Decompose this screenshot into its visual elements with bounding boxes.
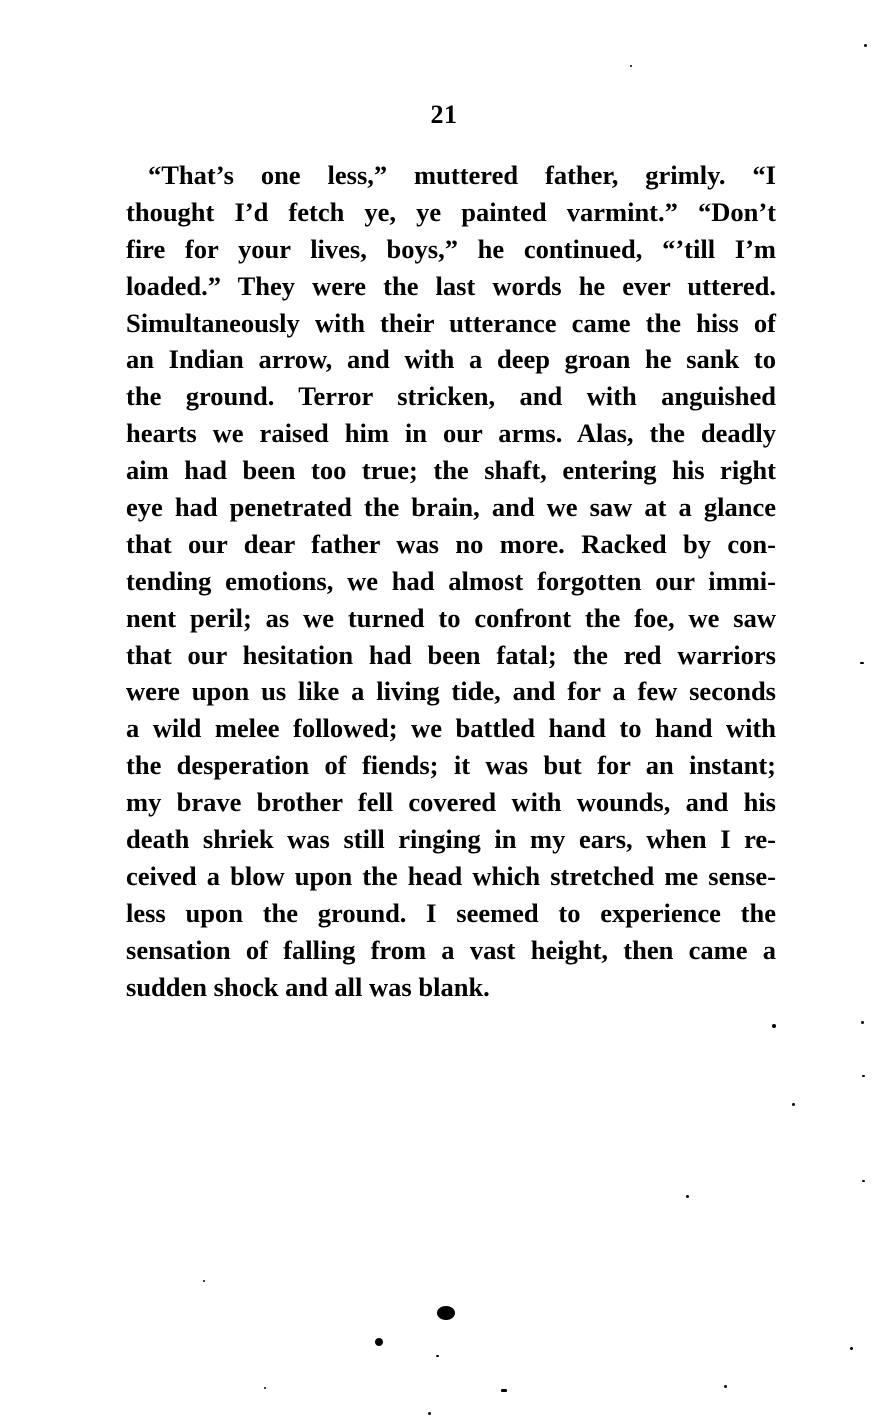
text-line: loaded.” They were the last words he eve…: [126, 268, 776, 305]
scan-speck: [436, 1355, 439, 1357]
text-line: eye had penetrated the brain, and we saw…: [126, 489, 776, 526]
text-line: sudden shock and all was blank.: [126, 969, 776, 1006]
scan-speck: [437, 1306, 455, 1320]
scan-speck: [203, 1280, 205, 1282]
scan-speck: [792, 1103, 795, 1106]
text-line: thought I’d fetch ye, ye painted varmint…: [126, 194, 776, 231]
text-line: less upon the ground. I seemed to experi…: [126, 895, 776, 932]
text-line: an Indian arrow, and with a deep groan h…: [126, 341, 776, 378]
scan-speck: [862, 1180, 865, 1182]
scan-speck: [686, 1195, 689, 1198]
scan-speck: [724, 1385, 727, 1388]
scan-speck: [630, 65, 632, 67]
text-line: death shriek was still ringing in my ear…: [126, 821, 776, 858]
scan-speck: [264, 1387, 266, 1389]
scan-speck: [428, 1412, 431, 1415]
text-line: ceived a blow upon the head which stretc…: [126, 858, 776, 895]
scan-speck: [860, 662, 864, 664]
text-line: were upon us like a living tide, and for…: [126, 673, 776, 710]
text-line: that our hesitation had been fatal; the …: [126, 637, 776, 674]
text-line: my brave brother fell covered with wound…: [126, 784, 776, 821]
scan-speck: [850, 1347, 853, 1350]
text-line: the desperation of fiends; it was but fo…: [126, 747, 776, 784]
text-line: the ground. Terror stricken, and with an…: [126, 378, 776, 415]
scan-speck: [861, 1021, 864, 1024]
body-paragraph: “That’s one less,” muttered father, grim…: [126, 157, 776, 1005]
text-line: a wild melee followed; we battled hand t…: [126, 710, 776, 747]
text-line: sensation of falling from a vast height,…: [126, 932, 776, 969]
scan-speck: [501, 1389, 507, 1392]
text-line: Simultaneously with their utterance came…: [126, 305, 776, 342]
text-line: tending emotions, we had almost forgotte…: [126, 563, 776, 600]
text-line: hearts we raised him in our arms. Alas, …: [126, 415, 776, 452]
text-line: that our dear father was no more. Racked…: [126, 526, 776, 563]
scan-speck: [862, 1075, 865, 1077]
text-line: nent peril; as we turned to confront the…: [126, 600, 776, 637]
text-line: “That’s one less,” muttered father, grim…: [126, 157, 776, 194]
page-number: 21: [0, 100, 888, 130]
text-line: aim had been too true; the shaft, enteri…: [126, 452, 776, 489]
text-line: fire for your lives, boys,” he continued…: [126, 231, 776, 268]
scan-speck: [772, 1024, 776, 1028]
scan-speck: [375, 1338, 383, 1346]
scan-speck: [864, 44, 867, 47]
